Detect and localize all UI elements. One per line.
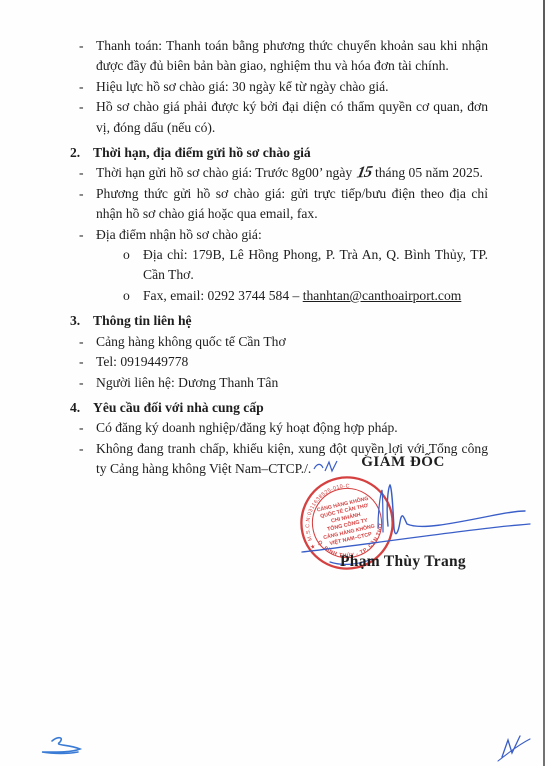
list-item: - Phương thức gửi hồ sơ chào giá: gửi tr… bbox=[70, 184, 488, 225]
payment-terms-text: Thanh toán: Thanh toán bằng phương thức … bbox=[96, 36, 488, 77]
scanned-document-page: - Thanh toán: Thanh toán bằng phương thứ… bbox=[0, 0, 548, 766]
dash-bullet: - bbox=[70, 373, 96, 393]
dash-bullet: - bbox=[70, 439, 96, 482]
fax-email-line: Fax, email: 0292 3744 584 – thanhtan@can… bbox=[143, 286, 488, 306]
list-item: - Thanh toán: Thanh toán bằng phương thứ… bbox=[70, 36, 488, 77]
dash-bullet: - bbox=[70, 332, 96, 352]
section-title: Thời hạn, địa điểm gửi hồ sơ chào giá bbox=[93, 143, 311, 163]
document-body: - Thanh toán: Thanh toán bằng phương thứ… bbox=[70, 36, 488, 482]
list-item: - Thời hạn gửi hồ sơ chào giá: Trước 8g0… bbox=[70, 163, 488, 183]
list-item: - Cảng hàng không quốc tế Cần Thơ bbox=[70, 332, 488, 352]
section-3-heading: 3. Thông tin liên hệ bbox=[70, 311, 488, 331]
receiving-location-label: Địa điểm nhận hồ sơ chào giá: bbox=[96, 225, 488, 245]
sub-list-item: o Fax, email: 0292 3744 584 – thanhtan@c… bbox=[70, 286, 488, 306]
section-number: 3. bbox=[70, 311, 93, 331]
section-4-heading: 4. Yêu cầu đối với nhà cung cấp bbox=[70, 398, 488, 418]
list-item: - Tel: 0919449778 bbox=[70, 352, 488, 372]
list-item: - Có đăng ký doanh nghiệp/đăng ký hoạt đ… bbox=[70, 418, 488, 438]
fax-number: Fax, email: 0292 3744 584 – bbox=[143, 288, 303, 303]
dash-bullet: - bbox=[70, 352, 96, 372]
circle-bullet: o bbox=[123, 245, 143, 286]
signer-name: Phạm Thùy Trang bbox=[288, 553, 518, 571]
list-item: - Người liên hệ: Dương Thanh Tân bbox=[70, 373, 488, 393]
circle-bullet: o bbox=[123, 286, 143, 306]
registration-requirement-text: Có đăng ký doanh nghiệp/đăng ký hoạt độn… bbox=[96, 418, 488, 438]
ink-scribble-bottom-left bbox=[34, 733, 90, 763]
email-link[interactable]: thanhtan@canthoairport.com bbox=[303, 288, 462, 303]
dash-bullet: - bbox=[70, 36, 96, 77]
deadline-prefix: Thời hạn gửi hồ sơ chào giá: Trước 8g00’… bbox=[96, 165, 356, 180]
ink-initials-bottom-right bbox=[494, 731, 534, 766]
signature-block: GIÁM ĐỐC M.S.C.N:0311638525-010-C Q. BÌN… bbox=[288, 454, 518, 471]
signer-title: GIÁM ĐỐC bbox=[288, 454, 518, 471]
list-item: - Địa điểm nhận hồ sơ chào giá: bbox=[70, 225, 488, 245]
phone-number: Tel: 0919449778 bbox=[96, 352, 488, 372]
dash-bullet: - bbox=[70, 97, 96, 138]
handwritten-day: 15 bbox=[354, 163, 374, 184]
organization-name: Cảng hàng không quốc tế Cần Thơ bbox=[96, 332, 488, 352]
section-number: 4. bbox=[70, 398, 93, 418]
dash-bullet: - bbox=[70, 184, 96, 225]
validity-text: Hiệu lực hồ sơ chào giá: 30 ngày kể từ n… bbox=[96, 77, 488, 97]
dash-bullet: - bbox=[70, 225, 96, 245]
section-title: Yêu cầu đối với nhà cung cấp bbox=[93, 398, 264, 418]
deadline-suffix: tháng 05 năm 2025. bbox=[372, 165, 483, 180]
address-text: Địa chỉ: 179B, Lê Hồng Phong, P. Trà An,… bbox=[143, 245, 488, 286]
section-title: Thông tin liên hệ bbox=[93, 311, 192, 331]
signing-requirement-text: Hồ sơ chào giá phải được ký bởi đại diện… bbox=[96, 97, 488, 138]
dash-bullet: - bbox=[70, 163, 96, 183]
contact-person: Người liên hệ: Dương Thanh Tân bbox=[96, 373, 488, 393]
list-item: - Hồ sơ chào giá phải được ký bởi đại di… bbox=[70, 97, 488, 138]
deadline-line: Thời hạn gửi hồ sơ chào giá: Trước 8g00’… bbox=[96, 163, 488, 183]
section-2-heading: 2. Thời hạn, địa điểm gửi hồ sơ chào giá bbox=[70, 143, 488, 163]
dash-bullet: - bbox=[70, 418, 96, 438]
section-number: 2. bbox=[70, 143, 93, 163]
dash-bullet: - bbox=[70, 77, 96, 97]
submission-method-text: Phương thức gửi hồ sơ chào giá: gửi trực… bbox=[96, 184, 488, 225]
list-item: - Hiệu lực hồ sơ chào giá: 30 ngày kể từ… bbox=[70, 77, 488, 97]
scan-edge-artifact bbox=[543, 0, 545, 766]
sub-list-item: o Địa chỉ: 179B, Lê Hồng Phong, P. Trà A… bbox=[70, 245, 488, 286]
